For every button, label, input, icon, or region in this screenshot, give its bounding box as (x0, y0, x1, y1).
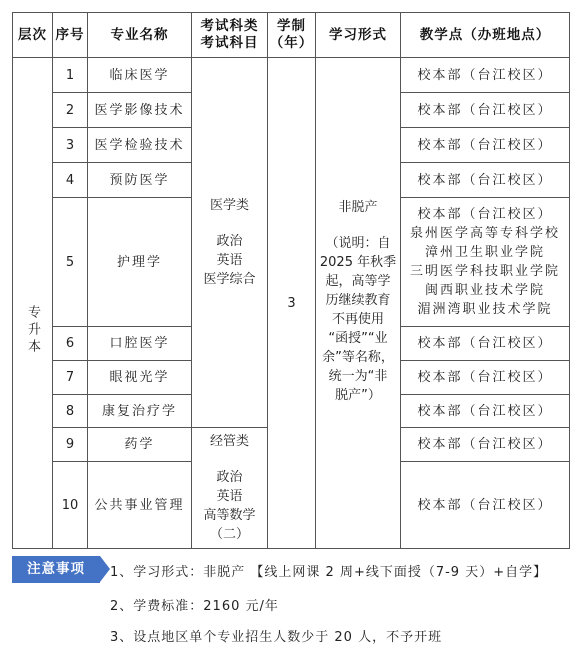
exam-category: 医学类 (192, 196, 267, 215)
header-duration: 学制 （年） (268, 13, 316, 58)
note-item: 1、学习形式：非脱产 【线上网课 2 周+线下面授（7-9 天）+自学】 (110, 561, 547, 580)
exam-subject: 政治 (192, 468, 267, 487)
location-cell: 校本部（台江校区） (401, 128, 570, 163)
study-form-note: “函授”“业 (316, 329, 400, 348)
level-cell: 专升本 (13, 58, 53, 549)
level-text: 专升本 (24, 305, 41, 356)
header-seq: 序号 (53, 13, 88, 58)
exam-subject: 高等数学 (192, 506, 267, 525)
header-study-form: 学习形式 (316, 13, 401, 58)
major-cell: 药学 (88, 428, 192, 462)
study-form-title: 非脱产 (316, 198, 400, 217)
header-major: 专业名称 (88, 13, 192, 58)
study-form-note: 历继续教育 (316, 291, 400, 310)
header-exam-line2: 考试科目 (192, 35, 267, 52)
seq-cell: 5 (53, 198, 88, 327)
exam-subject: 英语 (192, 251, 267, 270)
location-cell: 校本部（台江校区） (401, 327, 570, 361)
study-form-cell: 非脱产 （说明：自 2025 年秋季 起，高等学 历继续教育 不再使用 “函授”… (316, 58, 401, 549)
exam-subject: 医学综合 (192, 270, 267, 289)
exam-cell-medical: 医学类 政治 英语 医学综合 (192, 58, 268, 428)
location-item: 三明医学科技职业学院 (401, 262, 569, 281)
location-item: 漳州卫生职业学院 (401, 243, 569, 262)
seq-cell: 6 (53, 327, 88, 361)
seq-cell: 10 (53, 462, 88, 549)
header-exam: 考试科类 考试科目 (192, 13, 268, 58)
study-form-note: （说明：自 (316, 234, 400, 253)
exam-subject: 英语 (192, 487, 267, 506)
location-item: 闽西职业技术学院 (401, 281, 569, 300)
location-cell: 校本部（台江校区） (401, 462, 570, 549)
exam-category: 经管类 (192, 432, 267, 451)
location-cell: 校本部（台江校区） (401, 93, 570, 128)
seq-cell: 9 (53, 428, 88, 462)
location-item: 校本部（台江校区） (401, 205, 569, 224)
study-form-note: 起，高等学 (316, 272, 400, 291)
seq-cell: 7 (53, 361, 88, 395)
table-row: 专升本 1 临床医学 医学类 政治 英语 医学综合 3 非脱产 （说明：自 20… (13, 58, 570, 93)
major-cell: 护理学 (88, 198, 192, 327)
exam-cell-management: 经管类 政治 英语 高等数学 （二） (192, 428, 268, 549)
location-item: 泉州医学高等专科学校 (401, 224, 569, 243)
seq-cell: 2 (53, 93, 88, 128)
header-row: 层次 序号 专业名称 考试科类 考试科目 学制 （年） 学习形式 教学点（办班地… (13, 13, 570, 58)
header-location: 教学点（办班地点） (401, 13, 570, 58)
study-form-note: 统一为“非 (316, 367, 400, 386)
major-cell: 预防医学 (88, 163, 192, 198)
study-form-note: 脱产”） (316, 386, 400, 405)
location-cell: 校本部（台江校区） (401, 58, 570, 93)
location-item: 湄洲湾职业技术学院 (401, 300, 569, 319)
header-exam-line1: 考试科类 (192, 18, 267, 35)
location-cell: 校本部（台江校区） 泉州医学高等专科学校 漳州卫生职业学院 三明医学科技职业学院… (401, 198, 570, 327)
exam-subject: 政治 (192, 232, 267, 251)
location-cell: 校本部（台江校区） (401, 163, 570, 198)
major-cell: 眼视光学 (88, 361, 192, 395)
header-duration-line1: 学制 (268, 18, 315, 35)
exam-subject: （二） (192, 525, 267, 544)
major-cell: 口腔医学 (88, 327, 192, 361)
header-level: 层次 (13, 13, 53, 58)
major-cell: 医学检验技术 (88, 128, 192, 163)
note-item: 2、学费标准：2160 元/年 (110, 595, 279, 614)
study-form-note: 余”等名称， (316, 348, 400, 367)
seq-cell: 4 (53, 163, 88, 198)
major-cell: 康复治疗学 (88, 395, 192, 428)
major-cell: 临床医学 (88, 58, 192, 93)
notes-badge: 注意事项 (12, 556, 100, 583)
location-cell: 校本部（台江校区） (401, 361, 570, 395)
enrollment-table: 层次 序号 专业名称 考试科类 考试科目 学制 （年） 学习形式 教学点（办班地… (12, 12, 570, 549)
seq-cell: 3 (53, 128, 88, 163)
major-cell: 公共事业管理 (88, 462, 192, 549)
major-cell: 医学影像技术 (88, 93, 192, 128)
location-cell: 校本部（台江校区） (401, 428, 570, 462)
note-item: 3、设点地区单个专业招生人数少于 20 人，不予开班 (110, 626, 442, 645)
header-duration-line2: （年） (268, 35, 315, 52)
study-form-note: 2025 年秋季 (316, 253, 400, 272)
location-cell: 校本部（台江校区） (401, 395, 570, 428)
study-form-note: 不再使用 (316, 310, 400, 329)
duration-cell: 3 (268, 58, 316, 549)
seq-cell: 1 (53, 58, 88, 93)
seq-cell: 8 (53, 395, 88, 428)
